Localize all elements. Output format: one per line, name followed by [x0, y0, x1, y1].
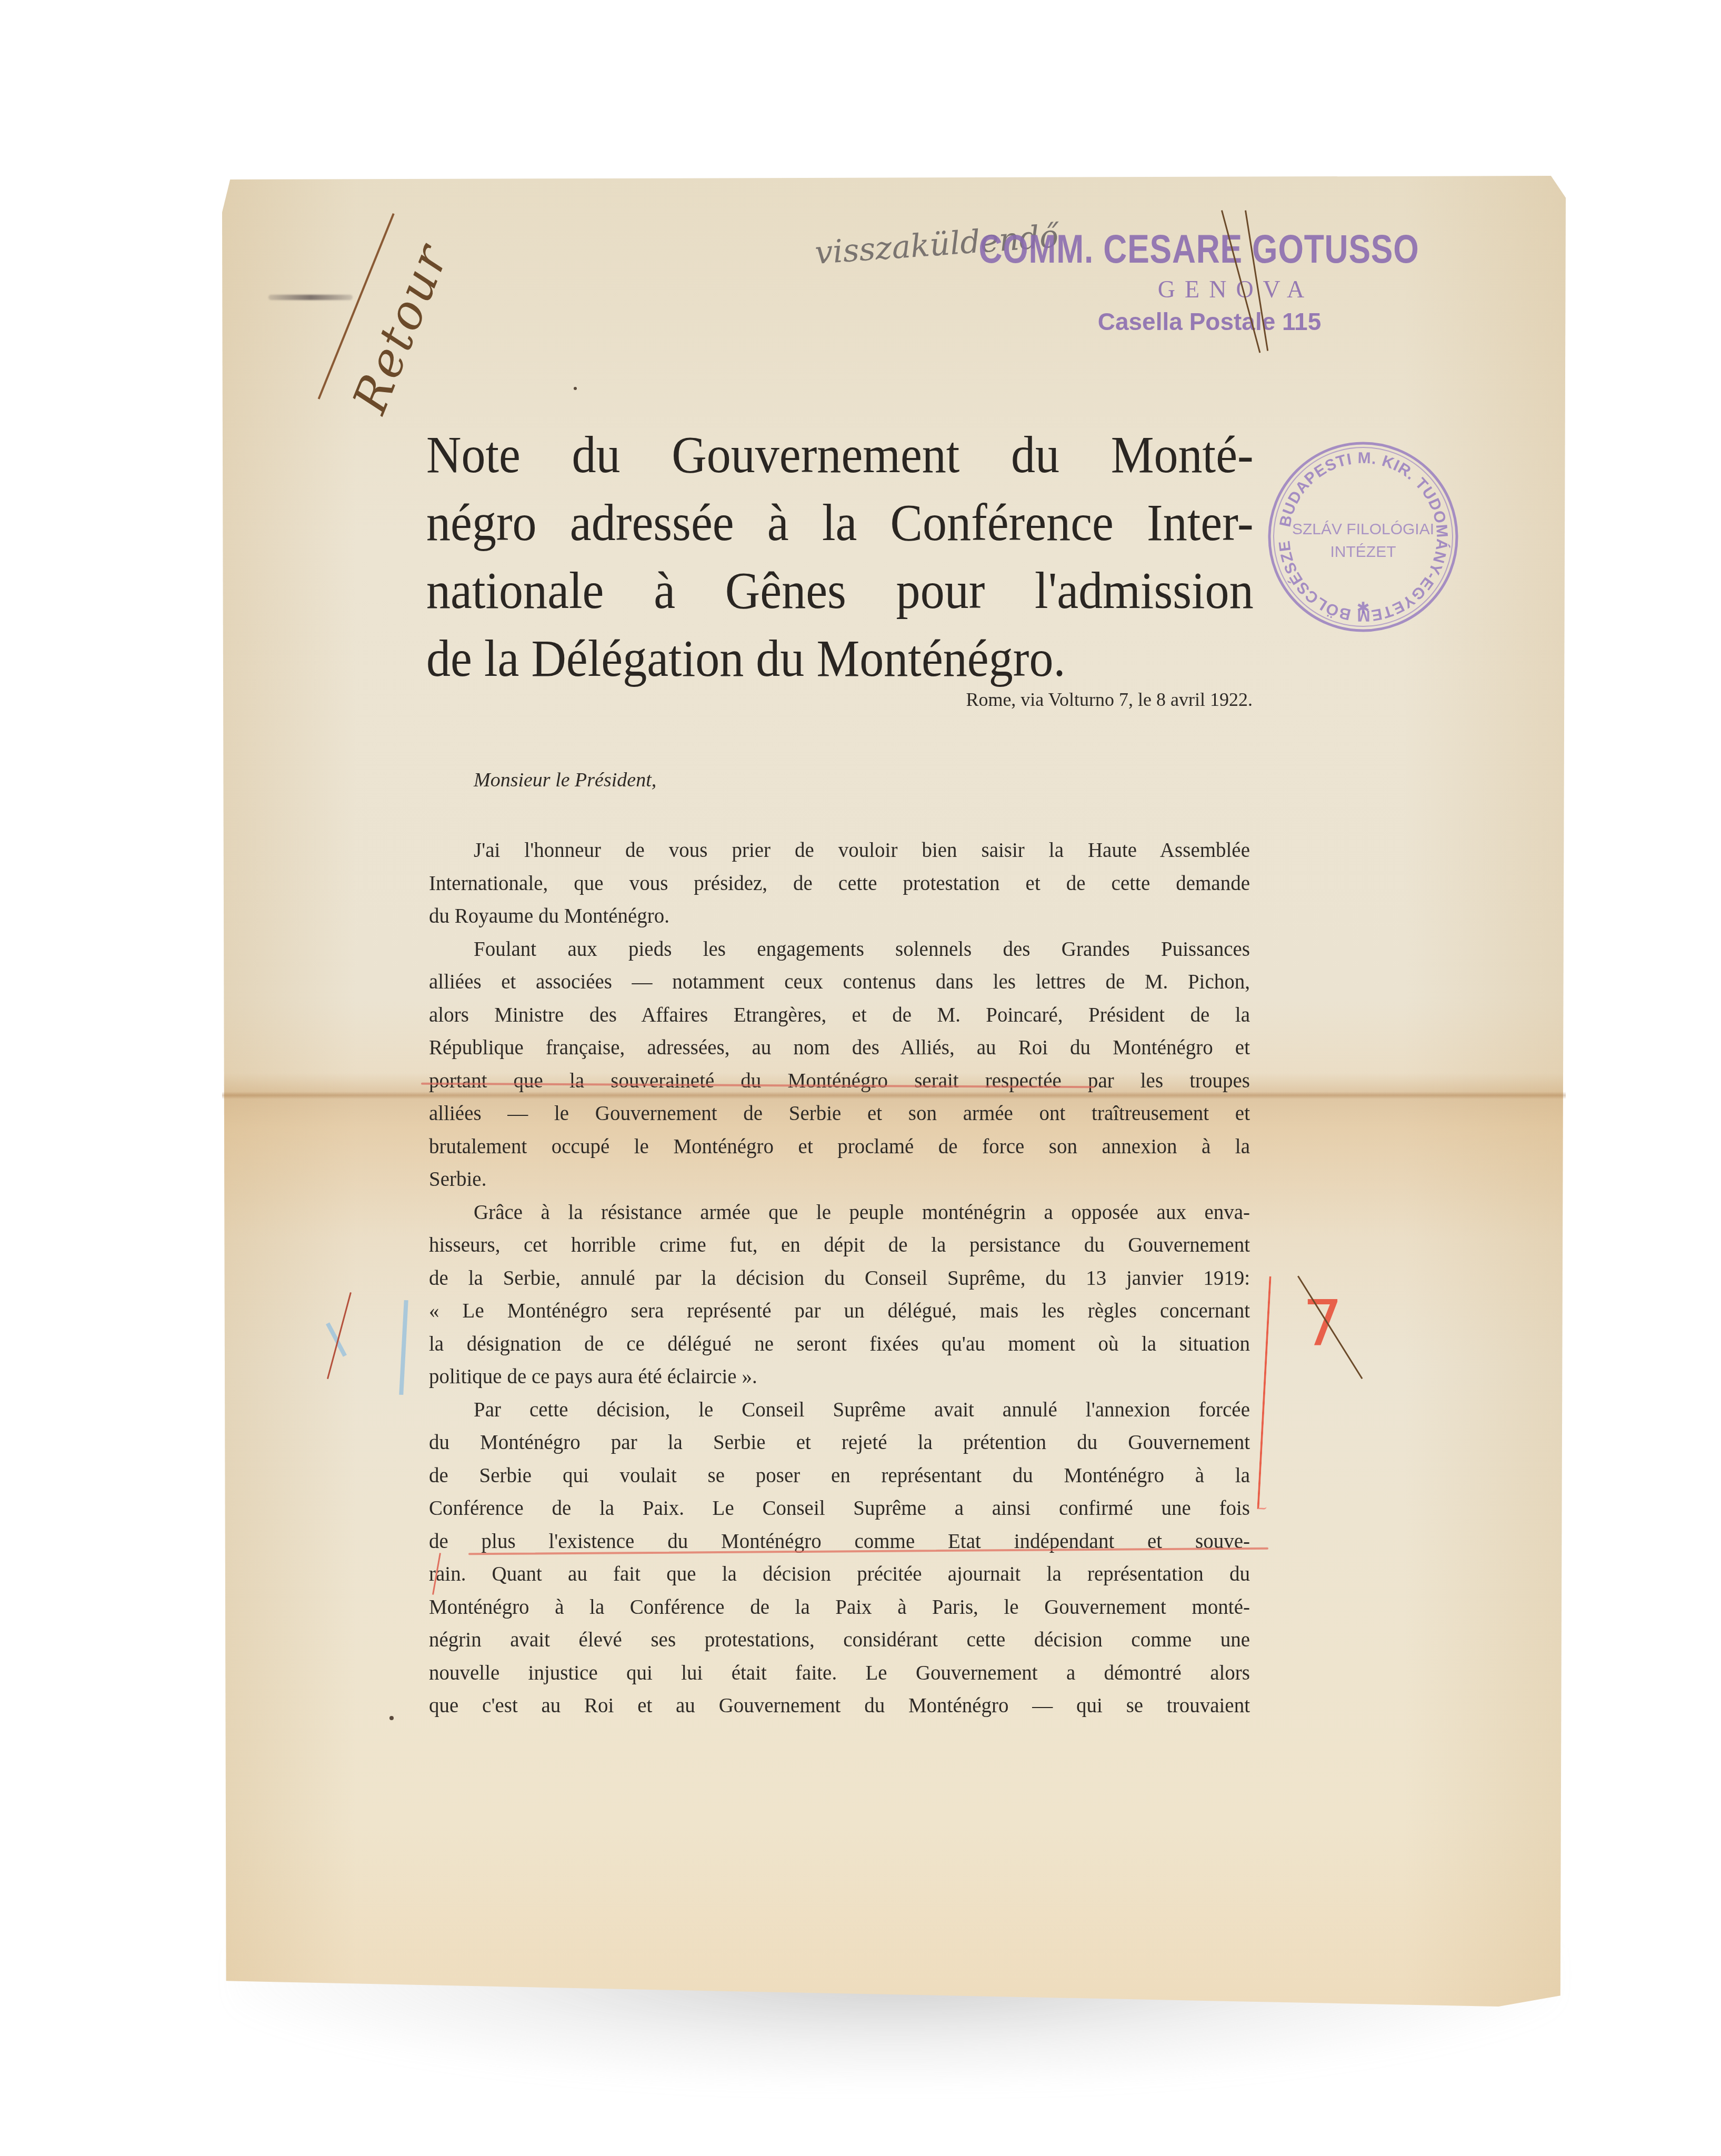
- sender-stamp-postbox: Casella Postale 115: [909, 307, 1488, 336]
- body-line: portant que la souveraineté du Monténégr…: [429, 1065, 1250, 1098]
- title-line: nationale à Gênes pour l'admission: [426, 557, 1254, 625]
- salutation: Monsieur le Président,: [474, 768, 656, 792]
- body-line: du Monténégro par la Serbie et rejeté la…: [429, 1426, 1250, 1460]
- ink-spot: [389, 1716, 394, 1720]
- dateline: Rome, via Volturno 7, le 8 avril 1922.: [811, 688, 1253, 711]
- body-line: Par cette décision, le Conseil Suprême a…: [429, 1394, 1250, 1427]
- body-line: République française, adressées, au nom …: [429, 1032, 1250, 1065]
- title-line: Note du Gouvernement du Monté-: [426, 421, 1254, 489]
- body-line: brutalement occupé le Monténégro et proc…: [429, 1131, 1250, 1164]
- body-line: rain. Quant au fait que la décision préc…: [429, 1558, 1250, 1591]
- body-line: alors Ministre des Affaires Etrangères, …: [429, 999, 1250, 1032]
- body-line: Serbie.: [429, 1163, 1250, 1196]
- letter-body: J'ai l'honneur de vous prier de vouloir …: [429, 834, 1250, 1723]
- body-line: que c'est au Roi et au Gouvernement du M…: [429, 1690, 1250, 1723]
- body-line: du Royaume du Monténégro.: [429, 900, 1250, 933]
- sender-stamp-city: GENOVA: [909, 275, 1488, 303]
- document-title: Note du Gouvernement du Monté- négro adr…: [426, 421, 1254, 693]
- sender-stamp: COMM. CESARE GOTUSSO GENOVA Casella Post…: [909, 226, 1488, 336]
- body-line: politique de ce pays aura été éclaircie …: [429, 1361, 1250, 1394]
- library-round-stamp: BUDAPESTI M. KIR. TUDOMÁNY-EGYETEM BÖLCS…: [1263, 437, 1463, 637]
- sender-stamp-name: COMM. CESARE GOTUSSO: [962, 226, 1436, 272]
- body-line: « Le Monténégro sera représenté par un d…: [429, 1295, 1250, 1328]
- body-line: Foulant aux pieds les engagements solenn…: [429, 933, 1250, 966]
- ink-spot: [574, 387, 577, 390]
- title-line: de la Délégation du Monténégro.: [426, 625, 1254, 693]
- body-line: alliées — le Gouvernement de Serbie et s…: [429, 1097, 1250, 1131]
- body-line: Internationale, que vous présidez, de ce…: [429, 867, 1250, 901]
- body-line: Monténégro à la Conférence de la Paix à …: [429, 1591, 1250, 1624]
- body-line: alliées et associées — notamment ceux co…: [429, 966, 1250, 999]
- star-icon: ✱: [1356, 600, 1369, 617]
- body-line: Conférence de la Paix. Le Conseil Suprêm…: [429, 1492, 1250, 1525]
- body-line: Grâce à la résistance armée que le peupl…: [429, 1196, 1250, 1230]
- body-line: de Serbie qui voulait se poser en représ…: [429, 1460, 1250, 1493]
- body-line: négrin avait élevé ses protestations, co…: [429, 1624, 1250, 1657]
- body-line: J'ai l'honneur de vous prier de vouloir …: [429, 834, 1250, 867]
- body-line: de la Serbie, annulé par la décision du …: [429, 1262, 1250, 1295]
- stamp-center-line2: INTÉZET: [1330, 543, 1396, 561]
- title-line: négro adressée à la Conférence Inter-: [426, 489, 1254, 557]
- body-line: hisseurs, cet horrible crime fut, en dép…: [429, 1229, 1250, 1262]
- red-margin-number: 7: [1303, 1287, 1343, 1360]
- stamp-center-line1: SZLÁV FILOLÓGIAI: [1292, 521, 1434, 538]
- pencil-dash-mark: [268, 295, 353, 300]
- body-line: nouvelle injustice qui lui était faite. …: [429, 1657, 1250, 1690]
- body-line: la désignation de ce délégué ne seront f…: [429, 1328, 1250, 1361]
